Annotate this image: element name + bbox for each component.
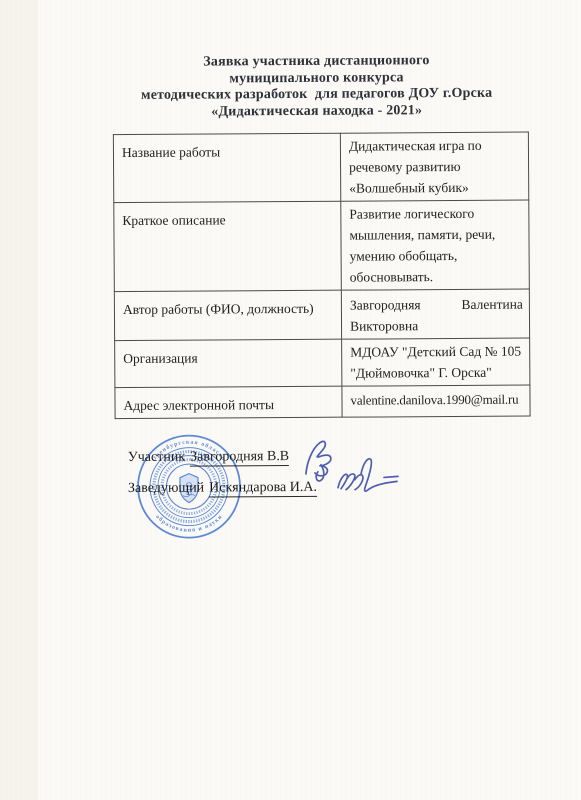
stamp-shield-emblem xyxy=(180,474,198,503)
participant-ink-signature xyxy=(306,441,331,481)
round-stamp-icon: Оренбургская область образования и науки… xyxy=(134,431,245,542)
document-title: Заявка участника дистанционного муниципа… xyxy=(86,52,546,121)
handwritten-signatures xyxy=(294,431,406,502)
scanned-document-page: Заявка участника дистанционного муниципа… xyxy=(0,0,581,800)
title-line-3: методических разработок для педагогов ДО… xyxy=(87,86,547,105)
table-row-description: Краткое описание Развитие логического мы… xyxy=(114,200,530,292)
table-row-organization: Организация МДОАУ "Детский Сад № 105 "Дю… xyxy=(115,338,530,388)
row-label: Краткое описание xyxy=(114,201,342,291)
table-row-work-title: Название работы Дидактическая игра по ре… xyxy=(113,132,528,203)
table-row-email: Адрес электронной почты valentine.danilo… xyxy=(115,385,530,419)
head-ink-signature xyxy=(338,459,398,492)
stamp-star-right: ✳ xyxy=(232,485,236,491)
row-label: Название работы xyxy=(113,133,340,202)
row-value: Развитие логического мышления, памяти, р… xyxy=(341,200,530,290)
row-value-email: valentine.danilova.1990@mail.ru xyxy=(342,385,530,417)
row-label: Автор работы (ФИО, должность) xyxy=(114,290,341,340)
row-value: Завгородняя Валентина Викторовна xyxy=(341,289,529,339)
row-label: Организация xyxy=(115,339,342,387)
title-line-4: «Дидактическая находка - 2021» xyxy=(87,102,547,121)
row-label: Адрес электронной почты xyxy=(115,386,342,418)
stamp-star-left: ✳ xyxy=(141,486,145,492)
row-value: МДОАУ "Детский Сад № 105 "Дюймовочка" Г.… xyxy=(342,338,530,386)
application-form-table: Название работы Дидактическая игра по ре… xyxy=(113,132,531,420)
table-row-author: Автор работы (ФИО, должность) Завгородня… xyxy=(114,289,529,341)
row-value: Дидактическая игра по речевому развитию … xyxy=(340,132,528,201)
